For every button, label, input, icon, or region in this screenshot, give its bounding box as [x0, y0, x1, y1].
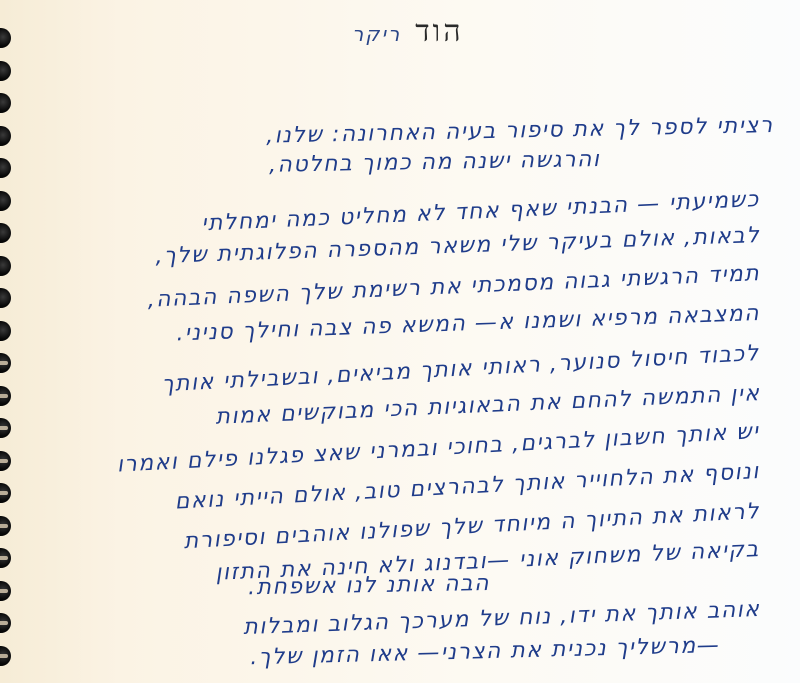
notebook-page: הוד ריקר רציתי לספר לך את סיפור בעיה האח…	[0, 0, 800, 683]
letter-line: הבה אותנ לנו אשפחת.	[248, 570, 491, 602]
letter-body: רציתי לספר לך את סיפור בעיה האחרונה: שלנ…	[0, 0, 800, 683]
letter-line: והרגשה ישנה מה כמוך בחלטה,	[268, 146, 600, 180]
letter-line: רציתי לספר לך את סיפור בעיה האחרונה: שלנ…	[266, 112, 774, 151]
